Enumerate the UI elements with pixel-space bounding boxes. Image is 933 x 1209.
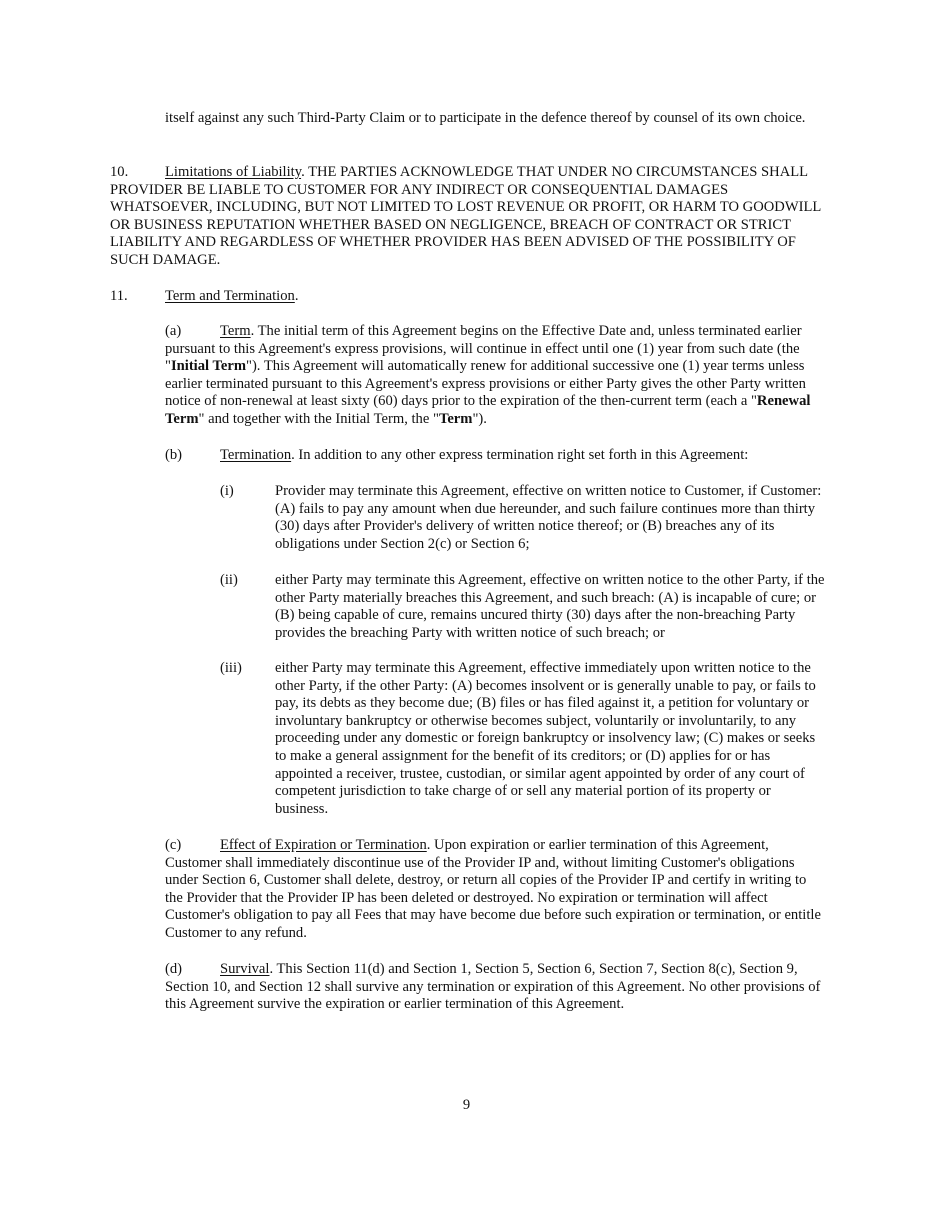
subsection-text: "). This Agreement will automatically re…: [165, 358, 806, 409]
subsection-label: (b): [165, 447, 220, 465]
section-number: 11.: [110, 288, 165, 306]
subsection-text: ").: [472, 411, 486, 427]
section-10: 10.Limitations of Liability. THE PARTIES…: [110, 164, 825, 270]
subsection-heading: Effect of Expiration or Termination: [220, 837, 427, 853]
subsection-c: (c)Effect of Expiration or Termination. …: [165, 837, 825, 943]
subsection-text: . In addition to any other express termi…: [291, 447, 748, 463]
item-text: either Party may terminate this Agreemen…: [275, 572, 825, 641]
subsection-heading: Survival: [220, 961, 269, 977]
subsection-heading: Term: [220, 323, 251, 339]
item-label: (i): [220, 483, 275, 501]
continuation-text: itself against any such Third-Party Clai…: [165, 110, 805, 126]
item-text: either Party may terminate this Agreemen…: [275, 660, 816, 817]
subsection-a: (a)Term. The initial term of this Agreem…: [165, 323, 825, 429]
termination-item-ii: either Party may terminate this Agreemen…: [275, 572, 825, 642]
section-number: 10.: [110, 164, 165, 182]
subsection-heading: Termination: [220, 447, 291, 463]
subsection-text: " and together with the Initial Term, th…: [199, 411, 439, 427]
item-label: (ii): [220, 572, 275, 590]
termination-item-i: Provider may terminate this Agreement, e…: [275, 483, 825, 553]
subsection-label: (a): [165, 323, 220, 341]
defined-term: Initial Term: [171, 358, 246, 374]
section-heading: Limitations of Liability: [165, 164, 301, 180]
subsection-b: (b)Termination. In addition to any other…: [165, 447, 825, 465]
document-page: itself against any such Third-Party Clai…: [0, 0, 933, 1209]
heading-period: .: [295, 288, 299, 304]
item-label: (iii): [220, 660, 275, 678]
subsection-d: (d)Survival. This Section 11(d) and Sect…: [165, 961, 825, 1014]
termination-item-iii: either Party may terminate this Agreemen…: [275, 660, 825, 818]
subsection-label: (d): [165, 961, 220, 979]
item-text: Provider may terminate this Agreement, e…: [275, 483, 821, 552]
defined-term: Term: [439, 411, 473, 427]
section-heading: Term and Termination: [165, 288, 295, 304]
section-11: 11.Term and Termination.: [110, 288, 825, 306]
subsection-label: (c): [165, 837, 220, 855]
continuation-paragraph: itself against any such Third-Party Clai…: [165, 110, 825, 128]
page-number: 9: [0, 1097, 933, 1115]
